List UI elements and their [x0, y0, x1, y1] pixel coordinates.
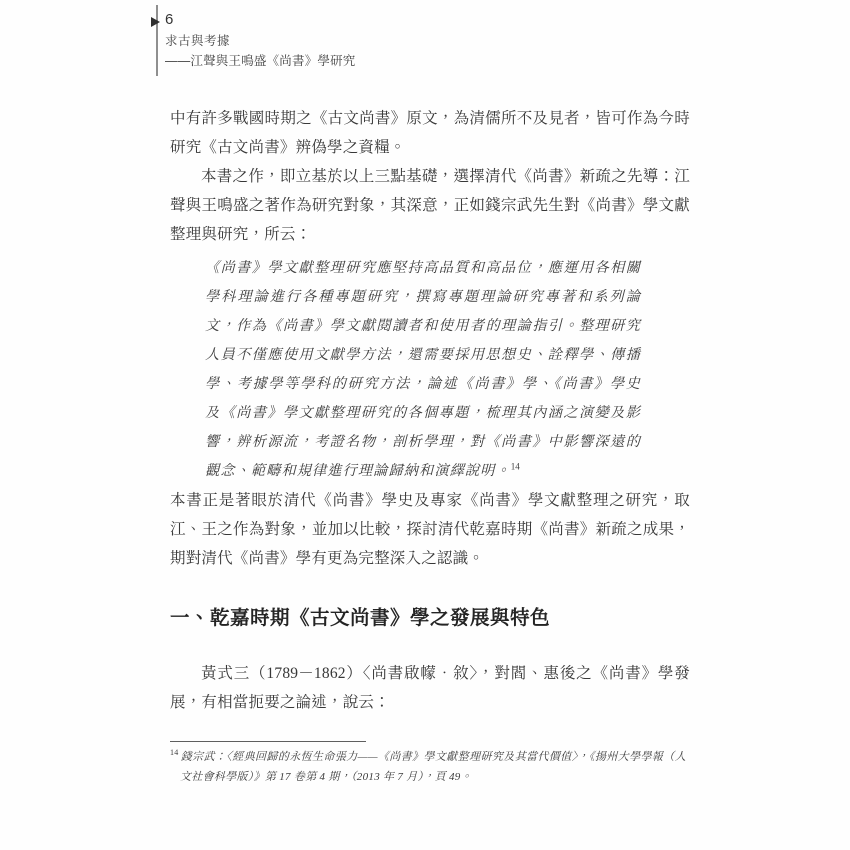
block-quote: 《尚書》學文獻整理研究應堅持高品質和高品位，應運用各相關學科理論進行各種專題研究…	[205, 254, 641, 486]
footnote-text: 錢宗武：〈經典回歸的永恆生命張力——《尚書》學文獻整理研究及其當代價值〉，《揚州…	[180, 751, 686, 783]
page-number-triangle-icon	[151, 17, 160, 27]
paragraph-huang-shisan: 黃式三（1789－1862）〈尚書啟幪‧敘〉，對閻、惠後之《尚書》學發展，有相當…	[170, 659, 690, 717]
footnote-separator-rule	[170, 741, 366, 742]
running-header-title: 求古與考據	[165, 34, 230, 49]
footnote: 14錢宗武：〈經典回歸的永恆生命張力——《尚書》學文獻整理研究及其當代價值〉，《…	[170, 747, 686, 787]
paragraph-opening: 中有許多戰國時期之《古文尚書》原文，為清儒所不及見者，皆可作為今時研究《古文尚書…	[170, 104, 690, 162]
footnote-reference: 14	[511, 461, 520, 471]
block-quote-text: 《尚書》學文獻整理研究應堅持高品質和高品位，應運用各相關學科理論進行各種專題研究…	[205, 260, 641, 479]
page-number: 6	[165, 11, 173, 29]
paragraph-summary: 本書正是著眼於清代《尚書》學史及專家《尚書》學文獻整理之研究，取江、王之作為對象…	[170, 486, 690, 573]
book-page: 6 求古與考據 ——江聲與王鳴盛《尚書》學研究 中有許多戰國時期之《古文尚書》原…	[0, 0, 850, 850]
running-header-subtitle: ——江聲與王鳴盛《尚書》學研究	[165, 53, 356, 69]
paragraph-intro: 本書之作，即立基於以上三點基礎，選擇清代《尚書》新疏之先導：江聲與王鳴盛之著作為…	[170, 162, 690, 249]
header-vertical-rule	[156, 5, 158, 76]
footnote-marker: 14	[170, 748, 179, 757]
section-heading: 一、乾嘉時期《古文尚書》學之發展與特色	[170, 603, 730, 633]
